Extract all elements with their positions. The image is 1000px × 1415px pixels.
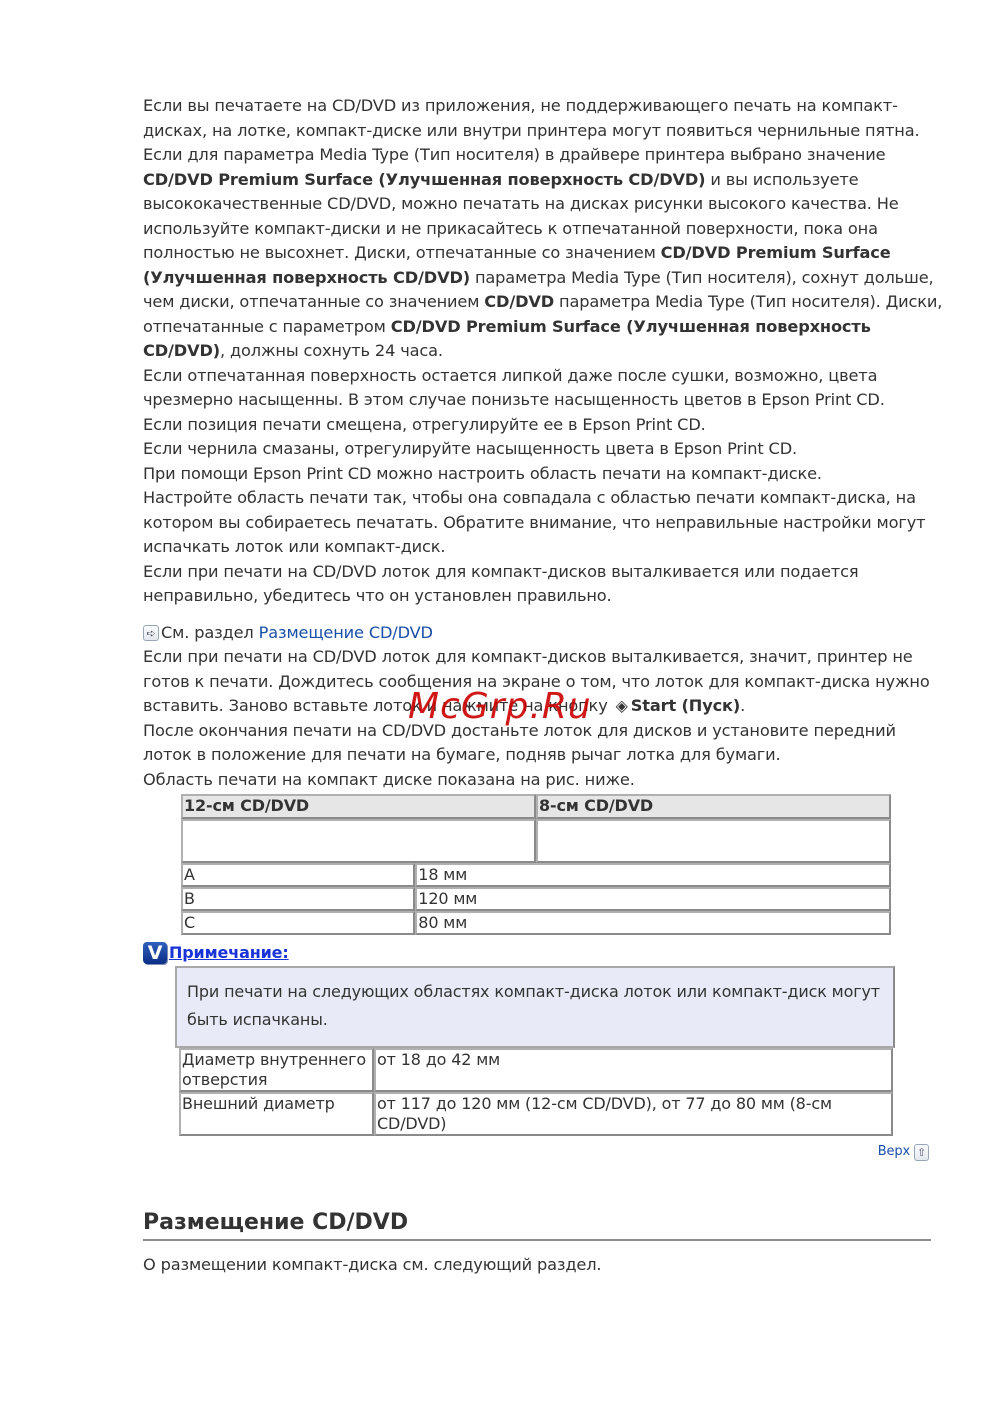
note-value: от 117 до 120 мм (12-см CD/DVD), от 77 д… xyxy=(374,1092,893,1136)
paragraph-p8: Если при печати на CD/DVD лоток для комп… xyxy=(143,560,943,609)
see-also-link[interactable]: Размещение CD/DVD xyxy=(259,621,433,646)
row-value: 80 мм xyxy=(415,911,891,935)
see-also-line: ➪ См. раздел Размещение CD/DVD xyxy=(143,621,943,646)
row-label: B xyxy=(181,887,415,911)
table-row: Внешний диаметр от 117 до 120 мм (12-см … xyxy=(179,1092,893,1136)
row-label: A xyxy=(181,863,415,887)
paragraph-p7: Настройте область печати так, чтобы она … xyxy=(143,486,943,560)
text: Настройте область печати так, чтобы она … xyxy=(143,488,925,556)
note-key: Диаметр внутреннего отверстия xyxy=(179,1048,374,1092)
note-box: При печати на следующих областях компакт… xyxy=(175,966,895,1048)
checkmark-note-icon: V xyxy=(143,942,167,964)
paragraph-p4: Если позиция печати смещена, отрегулируй… xyxy=(143,413,943,438)
text: Если для параметра Media Type (Тип носит… xyxy=(143,145,885,164)
text: Если вы печатаете на CD/DVD из приложени… xyxy=(143,96,920,140)
arrow-right-icon: ➪ xyxy=(143,625,159,641)
cd-size-table: 12-см CD/DVD 8-см CD/DVD A 18 мм B 120 м… xyxy=(181,794,891,935)
image-12cm-cell xyxy=(181,819,536,863)
header-8cm: 8-см CD/DVD xyxy=(536,794,891,819)
row-label: C xyxy=(181,911,415,935)
tray-text-end: . xyxy=(740,696,745,715)
section-title: Размещение CD/DVD xyxy=(143,1211,931,1242)
note-value: от 18 до 42 мм xyxy=(374,1048,893,1092)
paragraph-p2: Если для параметра Media Type (Тип носит… xyxy=(143,143,943,364)
text: При помощи Epson Print CD можно настроит… xyxy=(143,464,822,483)
area-intro: Область печати на компакт диске показана… xyxy=(143,768,943,793)
text: , должны сохнуть 24 часа. xyxy=(220,341,443,360)
arrow-up-icon[interactable]: ⇧ xyxy=(914,1144,929,1161)
table-row: C 80 мм xyxy=(181,911,891,935)
intro-paragraphs: Если вы печатаете на CD/DVD из приложени… xyxy=(143,94,943,609)
text: Если при печати на CD/DVD лоток для комп… xyxy=(143,562,858,606)
see-also-prefix: См. раздел xyxy=(161,621,254,646)
table-row: A 18 мм xyxy=(181,863,891,887)
top-link[interactable]: Верх xyxy=(878,1140,910,1165)
watermark: McGrp.Ru xyxy=(408,686,592,727)
note-header: V Примечание: xyxy=(143,940,943,966)
paragraph-p1: Если вы печатаете на CD/DVD из приложени… xyxy=(143,94,943,143)
image-8cm-cell xyxy=(536,819,891,863)
note-key: Внешний диаметр xyxy=(179,1092,374,1136)
start-diamond-icon: ◈ xyxy=(616,694,628,719)
text: Если позиция печати смещена, отрегулируй… xyxy=(143,415,706,434)
text: Если чернила смазаны, отрегулируйте насы… xyxy=(143,439,797,458)
paragraph-p3: Если отпечатанная поверхность остается л… xyxy=(143,364,943,413)
note-title: Примечание: xyxy=(169,941,289,966)
back-to-top[interactable]: Верх ⇧ xyxy=(143,1140,943,1165)
row-value: 120 мм xyxy=(415,887,891,911)
bold-text: CD/DVD xyxy=(484,292,554,311)
section-text: О размещении компакт-диска см. следующий… xyxy=(143,1253,943,1278)
note-table: Диаметр внутреннего отверстия от 18 до 4… xyxy=(179,1048,893,1136)
table-row: Диаметр внутреннего отверстия от 18 до 4… xyxy=(179,1048,893,1092)
paragraph-p6: При помощи Epson Print CD можно настроит… xyxy=(143,462,943,487)
header-12cm: 12-см CD/DVD xyxy=(181,794,536,819)
bold-text: CD/DVD Premium Surface (Улучшенная повер… xyxy=(143,170,705,189)
text: Если отпечатанная поверхность остается л… xyxy=(143,366,885,410)
row-value: 18 мм xyxy=(415,863,891,887)
start-button-label: Start (Пуск) xyxy=(631,696,740,715)
table-row: B 120 мм xyxy=(181,887,891,911)
paragraph-p5: Если чернила смазаны, отрегулируйте насы… xyxy=(143,437,943,462)
